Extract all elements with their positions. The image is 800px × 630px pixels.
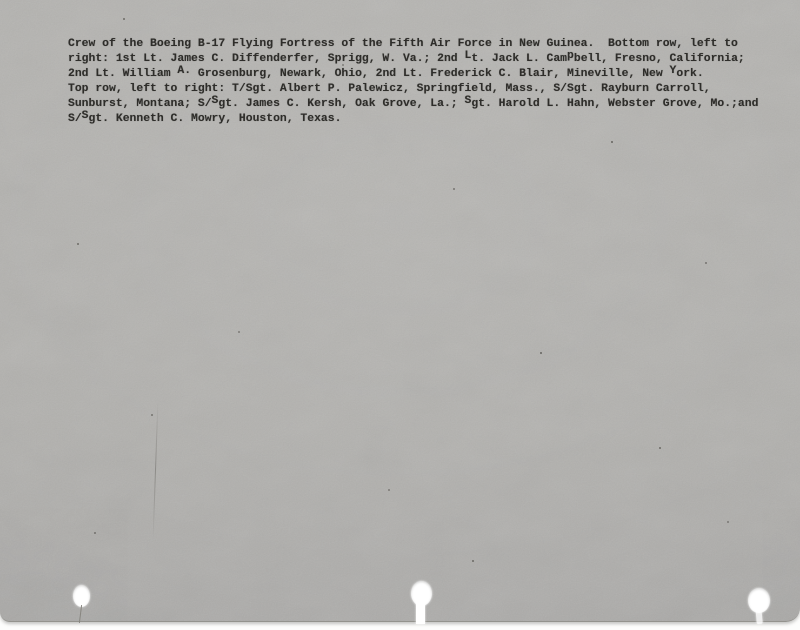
paper-fiber-scratch xyxy=(153,400,159,540)
caption-text: gt. Kenneth C. Mowry, Houston, Texas. xyxy=(89,113,342,125)
caption-text: Crew of the Boeing B-17 Flying Fortress … xyxy=(68,38,738,50)
caption-line: 2nd Lt. William A. Grosenburg, Newark, O… xyxy=(68,67,758,82)
caption-line: Top row, left to right: T/Sgt. Albert P.… xyxy=(68,82,758,97)
caption-text: t. Jack L. Cam xyxy=(471,53,567,65)
punch-hole-right xyxy=(748,588,770,613)
caption-block: Crew of the Boeing B-17 Flying Fortress … xyxy=(68,37,758,128)
caption-raised-char: S xyxy=(464,94,471,109)
caption-raised-char: p xyxy=(567,49,574,64)
paper-specks xyxy=(0,0,2,2)
caption-text: gt. James C. Kersh, Oak Grove, La.; xyxy=(218,98,464,110)
caption-text: S/ xyxy=(68,113,82,125)
caption-raised-char: A. xyxy=(177,64,191,79)
caption-raised-char: Y xyxy=(670,64,677,79)
caption-text: Top row, left to right: T/Sgt. Albert P.… xyxy=(68,83,711,95)
caption-line: Sunburst, Montana; S/Sgt. James C. Kersh… xyxy=(68,97,758,112)
caption-text: Sunburst, Montana; S/ xyxy=(68,98,212,110)
scanner-background xyxy=(0,621,800,630)
caption-raised-char: S xyxy=(82,109,89,124)
caption-text: gt. Harold L. Hahn, Webster Grove, Mo.;a… xyxy=(471,98,758,110)
caption-raised-char: S xyxy=(212,94,219,109)
caption-text: 2nd Lt. William xyxy=(68,68,177,80)
caption-raised-char: L xyxy=(464,49,471,64)
punch-hole-left xyxy=(73,585,90,607)
caption-line: S/Sgt. Kenneth C. Mowry, Houston, Texas. xyxy=(68,112,758,127)
punch-hole-center xyxy=(411,581,432,606)
caption-line: Crew of the Boeing B-17 Flying Fortress … xyxy=(68,37,758,52)
caption-line: right: 1st Lt. James C. Diffenderfer, Sp… xyxy=(68,52,758,67)
tear-crack-left xyxy=(79,605,82,623)
paper-sheet: Crew of the Boeing B-17 Flying Fortress … xyxy=(0,0,800,622)
caption-text: bell, Fresno, California; xyxy=(574,53,745,65)
caption-text: Grosenburg, Newark, Ohio, 2nd Lt. Freder… xyxy=(191,68,670,80)
caption-text: right: 1st Lt. James C. Diffenderfer, Sp… xyxy=(68,53,464,65)
scanned-document: Crew of the Boeing B-17 Flying Fortress … xyxy=(0,0,800,630)
caption-text: ork. xyxy=(676,68,703,80)
